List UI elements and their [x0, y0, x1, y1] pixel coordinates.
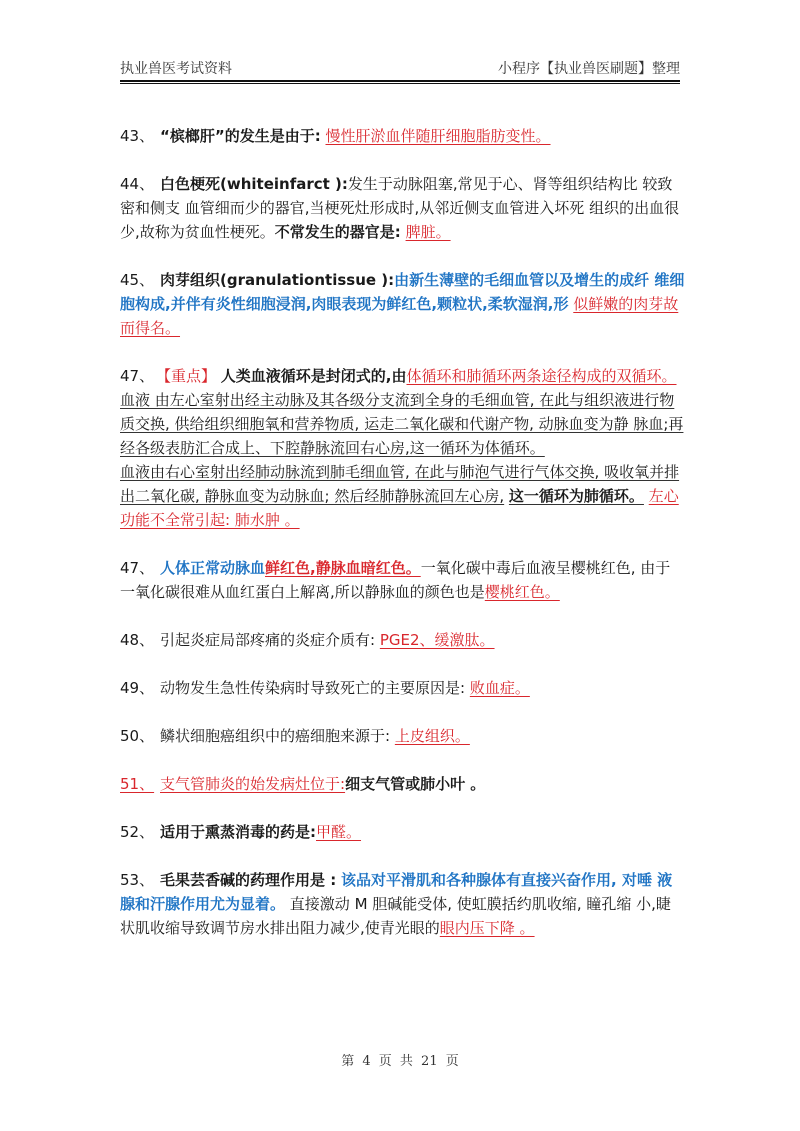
item-number: 51、 — [120, 772, 160, 796]
item-49: 49、动物发生急性传染病时导致死亡的主要原因是: 败血症。 — [120, 676, 685, 700]
answer-text: PGE2、缓激肽。 — [380, 631, 495, 649]
item-number: 47、 — [120, 556, 160, 580]
key-point-tag: 【重点】 — [156, 367, 216, 385]
item-number: 49、 — [120, 676, 160, 700]
question-text: 鳞状细胞癌组织中的癌细胞来源于: — [160, 727, 390, 745]
answer-text: 慢性肝淤血伴随肝细胞脂肪变性。 — [326, 127, 551, 145]
item-number: 52、 — [120, 820, 160, 844]
answer-text: 败血症。 — [470, 679, 530, 697]
question-text: 毛果芸香碱的药理作用是 : — [160, 871, 336, 889]
answer-text: 脾脏。 — [406, 223, 451, 241]
item-43: 43、“槟榔肝”的发生是由于: 慢性肝淤血伴随肝细胞脂肪变性。 — [120, 124, 685, 148]
question-text: 适用于熏蒸消毒的药是: — [160, 823, 316, 841]
answer-text: 眼内压下降 。 — [440, 919, 535, 937]
item-47-circulation: 47、【重点】 人类血液循环是封闭式的,由体循环和肺循环两条途径构成的双循环。 … — [120, 364, 685, 532]
answer-text: 体循环和肺循环两条途径构成的双循环。 — [407, 367, 677, 385]
question-text: 支气管肺炎的始发病灶位于: — [160, 775, 345, 793]
term-text: 肉芽组织(granulationtissue ): — [160, 271, 394, 289]
item-47-blood-color: 47、人体正常动脉血鲜红色,静脉血暗红色。一氧化碳中毒后血液呈樱桃红色, 由于一… — [120, 556, 685, 604]
item-44: 44、白色梗死(whiteinfarct ):发生于动脉阻塞,常见于心、肾等组织… — [120, 172, 685, 244]
header-divider-thin — [120, 83, 680, 84]
item-48: 48、引起炎症局部疼痛的炎症介质有: PGE2、缓激肽。 — [120, 628, 685, 652]
header-divider — [120, 80, 680, 82]
term-text: 白色梗死(whiteinfarct ): — [160, 175, 348, 193]
question-text: 引起炎症局部疼痛的炎症介质有: — [160, 631, 375, 649]
item-52: 52、适用于熏蒸消毒的药是:甲醛。 — [120, 820, 685, 844]
document-body: 43、“槟榔肝”的发生是由于: 慢性肝淤血伴随肝细胞脂肪变性。 44、白色梗死(… — [120, 124, 685, 940]
item-number: 53、 — [120, 868, 160, 892]
pulmonary-circulation-bold: 这一循环为肺循环。 — [509, 487, 644, 505]
item-number: 47、 — [120, 364, 156, 388]
header-right-title: 小程序【执业兽医刷题】整理 — [498, 58, 680, 78]
item-51: 51、支气管肺炎的始发病灶位于:细支气管或肺小叶 。 — [120, 772, 685, 796]
lead-text: 人类血液循环是封闭式的,由 — [221, 367, 407, 385]
item-number: 48、 — [120, 628, 160, 652]
question-text: “槟榔肝”的发生是由于: — [160, 127, 321, 145]
page-footer: 第 4 页 共 21 页 — [0, 1050, 800, 1069]
answer-text: 甲醛。 — [316, 823, 361, 841]
item-50: 50、鳞状细胞癌组织中的癌细胞来源于: 上皮组织。 — [120, 724, 685, 748]
item-number: 50、 — [120, 724, 160, 748]
item-number: 44、 — [120, 172, 160, 196]
item-number: 45、 — [120, 268, 160, 292]
lead-emphasis: 人体正常动脉血 — [160, 559, 265, 577]
header-left-title: 执业兽医考试资料 — [120, 58, 232, 78]
question-text: 动物发生急性传染病时导致死亡的主要原因是: — [160, 679, 465, 697]
item-45: 45、肉芽组织(granulationtissue ):由新生薄壁的毛细血管以及… — [120, 268, 685, 340]
item-53: 53、毛果芸香碱的药理作用是 : 该品对平滑肌和各种腺体有直接兴奋作用, 对唾 … — [120, 868, 685, 940]
question-text: 不常发生的器官是: — [275, 223, 401, 241]
systemic-circulation-text: 血液 由左心室射出经主动脉及其各级分支流到全身的毛细血管, 在此与组织液进行物质… — [120, 391, 683, 457]
page-header: 执业兽医考试资料 小程序【执业兽医刷题】整理 — [120, 58, 680, 80]
answer-text: 上皮组织。 — [395, 727, 470, 745]
answer-text: 鲜红色,静脉血暗红色。 — [265, 559, 421, 577]
item-number: 43、 — [120, 124, 160, 148]
answer-text-2: 樱桃红色。 — [485, 583, 560, 601]
answer-text: 细支气管或肺小叶 。 — [345, 775, 485, 793]
